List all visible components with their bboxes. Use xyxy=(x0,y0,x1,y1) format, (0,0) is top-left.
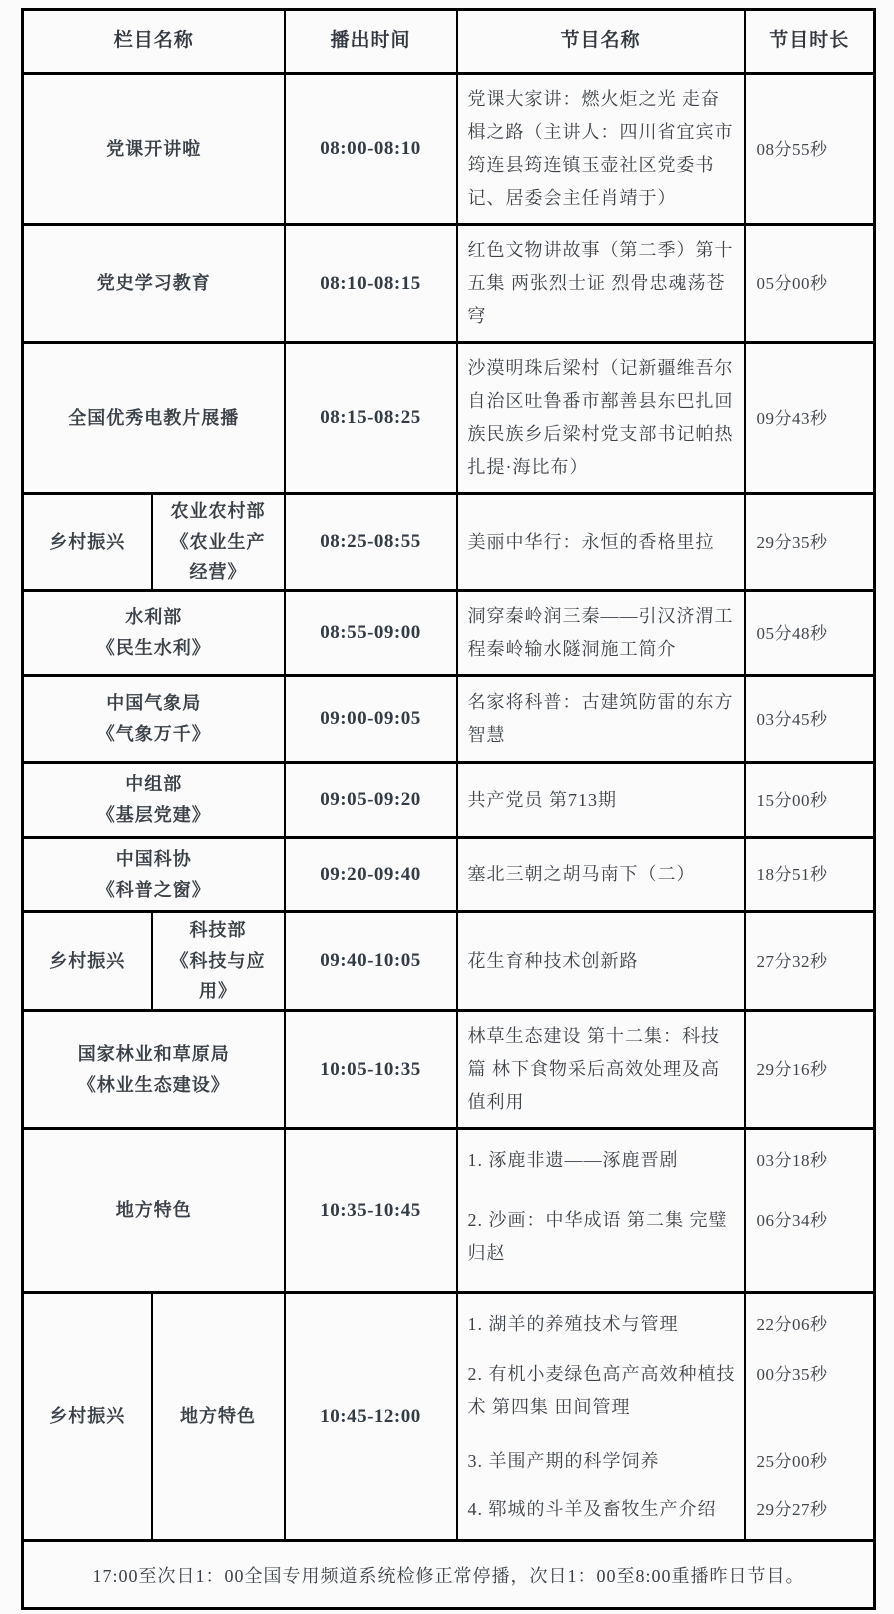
footer-note: 17:00至次日1：00全国专用频道系统检修正常停播，次日1：00至8:00重播… xyxy=(23,1541,875,1609)
header-program-duration: 节目时长 xyxy=(745,10,875,74)
program-item: 1. 湖羊的养殖技术与管理 xyxy=(468,1308,736,1341)
table-row: 党课开讲啦 08:00-08:10 党课大家讲：燃火炬之光 走奋楫之路（主讲人：… xyxy=(23,74,875,225)
duration-cell: 22分06秒 00分35秒 25分00秒 29分27秒 xyxy=(745,1293,875,1541)
table-row: 中国气象局 《气象万千》 09:00-09:05 名家将科普：古建筑防雷的东方智… xyxy=(23,676,875,763)
category-cell: 中国气象局 《气象万千》 xyxy=(23,676,285,763)
subcategory-cell: 科技部 《科技与应 用》 xyxy=(152,912,285,1011)
program-item: 2. 有机小麦绿色高产高效种植技术 第四集 田间管理 xyxy=(468,1358,736,1424)
table-row: 中组部 《基层党建》 09:05-09:20 共产党员 第713期 15分00秒 xyxy=(23,763,875,838)
time-cell: 08:15-08:25 xyxy=(285,343,457,494)
subcategory-cell: 地方特色 xyxy=(152,1293,285,1541)
duration-item: 25分00秒 xyxy=(757,1445,870,1478)
category-cell: 乡村振兴 xyxy=(23,494,152,591)
duration-item: 29分27秒 xyxy=(757,1493,870,1526)
duration-cell: 15分00秒 xyxy=(745,763,875,838)
program-cell: 红色文物讲故事（第二季）第十五集 两张烈士证 烈骨忠魂荡苍穹 xyxy=(457,225,745,343)
duration-cell: 27分32秒 xyxy=(745,912,875,1011)
duration-cell: 03分18秒 06分34秒 xyxy=(745,1129,875,1293)
program-item: 3. 羊围产期的科学饲养 xyxy=(468,1445,736,1478)
category-cell: 乡村振兴 xyxy=(23,912,152,1011)
category-cell: 党史学习教育 xyxy=(23,225,285,343)
header-row: 栏目名称 播出时间 节目名称 节目时长 xyxy=(23,10,875,74)
table-row: 乡村振兴 农业农村部 《农业生产 经营》 08:25-08:55 美丽中华行：永… xyxy=(23,494,875,591)
table-row: 水利部 《民生水利》 08:55-09:00 洞穿秦岭润三秦——引汉济渭工程秦岭… xyxy=(23,591,875,676)
program-cell: 林草生态建设 第十二集：科技篇 林下食物采后高效处理及高值利用 xyxy=(457,1011,745,1129)
duration-cell: 05分00秒 xyxy=(745,225,875,343)
duration-cell: 05分48秒 xyxy=(745,591,875,676)
duration-item: 03分18秒 xyxy=(757,1144,870,1177)
program-cell: 沙漠明珠后梁村（记新疆维吾尔自治区吐鲁番市鄯善县东巴扎回族民族乡后梁村党支部书记… xyxy=(457,343,745,494)
table-row: 党史学习教育 08:10-08:15 红色文物讲故事（第二季）第十五集 两张烈士… xyxy=(23,225,875,343)
header-broadcast-time: 播出时间 xyxy=(285,10,457,74)
table-row: 乡村振兴 科技部 《科技与应 用》 09:40-10:05 花生育种技术创新路 … xyxy=(23,912,875,1011)
category-cell: 中组部 《基层党建》 xyxy=(23,763,285,838)
time-cell: 08:10-08:15 xyxy=(285,225,457,343)
program-item: 2. 沙画：中华成语 第二集 完璧归赵 xyxy=(468,1204,736,1270)
program-cell: 党课大家讲：燃火炬之光 走奋楫之路（主讲人：四川省宜宾市筠连县筠连镇玉壶社区党委… xyxy=(457,74,745,225)
time-cell: 09:20-09:40 xyxy=(285,838,457,912)
duration-cell: 03分45秒 xyxy=(745,676,875,763)
duration-item: 22分06秒 xyxy=(757,1308,870,1341)
subcategory-cell: 农业农村部 《农业生产 经营》 xyxy=(152,494,285,591)
time-cell: 10:05-10:35 xyxy=(285,1011,457,1129)
time-cell: 09:05-09:20 xyxy=(285,763,457,838)
program-cell: 花生育种技术创新路 xyxy=(457,912,745,1011)
program-cell: 洞穿秦岭润三秦——引汉济渭工程秦岭输水隧洞施工简介 xyxy=(457,591,745,676)
duration-item: 06分34秒 xyxy=(757,1204,870,1237)
program-item: 4. 郓城的斗羊及畜牧生产介绍 xyxy=(468,1493,736,1526)
category-cell: 国家林业和草原局 《林业生态建设》 xyxy=(23,1011,285,1129)
duration-item: 00分35秒 xyxy=(757,1358,870,1391)
table-row: 国家林业和草原局 《林业生态建设》 10:05-10:35 林草生态建设 第十二… xyxy=(23,1011,875,1129)
program-cell: 美丽中华行：永恒的香格里拉 xyxy=(457,494,745,591)
program-cell: 1. 涿鹿非遗——涿鹿晋剧 2. 沙画：中华成语 第二集 完璧归赵 xyxy=(457,1129,745,1293)
time-cell: 08:25-08:55 xyxy=(285,494,457,591)
program-cell: 1. 湖羊的养殖技术与管理 2. 有机小麦绿色高产高效种植技术 第四集 田间管理… xyxy=(457,1293,745,1541)
table-row: 中国科协 《科普之窗》 09:20-09:40 塞北三朝之胡马南下（二） 18分… xyxy=(23,838,875,912)
category-cell: 全国优秀电教片展播 xyxy=(23,343,285,494)
header-program-name: 节目名称 xyxy=(457,10,745,74)
program-cell: 名家将科普：古建筑防雷的东方智慧 xyxy=(457,676,745,763)
category-cell: 乡村振兴 xyxy=(23,1293,152,1541)
category-cell: 地方特色 xyxy=(23,1129,285,1293)
time-cell: 10:45-12:00 xyxy=(285,1293,457,1541)
category-cell: 党课开讲啦 xyxy=(23,74,285,225)
program-schedule-table: 栏目名称 播出时间 节目名称 节目时长 党课开讲啦 08:00-08:10 党课… xyxy=(21,8,876,1610)
header-column-name: 栏目名称 xyxy=(23,10,285,74)
duration-cell: 29分16秒 xyxy=(745,1011,875,1129)
time-cell: 10:35-10:45 xyxy=(285,1129,457,1293)
category-cell: 中国科协 《科普之窗》 xyxy=(23,838,285,912)
footer-row: 17:00至次日1：00全国专用频道系统检修正常停播，次日1：00至8:00重播… xyxy=(23,1541,875,1609)
program-cell: 共产党员 第713期 xyxy=(457,763,745,838)
duration-cell: 29分35秒 xyxy=(745,494,875,591)
duration-cell: 08分55秒 xyxy=(745,74,875,225)
program-item: 1. 涿鹿非遗——涿鹿晋剧 xyxy=(468,1144,736,1177)
time-cell: 08:00-08:10 xyxy=(285,74,457,225)
table-row: 乡村振兴 地方特色 10:45-12:00 1. 湖羊的养殖技术与管理 2. 有… xyxy=(23,1293,875,1541)
table-row: 地方特色 10:35-10:45 1. 涿鹿非遗——涿鹿晋剧 2. 沙画：中华成… xyxy=(23,1129,875,1293)
duration-cell: 18分51秒 xyxy=(745,838,875,912)
table-row: 全国优秀电教片展播 08:15-08:25 沙漠明珠后梁村（记新疆维吾尔自治区吐… xyxy=(23,343,875,494)
time-cell: 09:40-10:05 xyxy=(285,912,457,1011)
time-cell: 08:55-09:00 xyxy=(285,591,457,676)
program-cell: 塞北三朝之胡马南下（二） xyxy=(457,838,745,912)
category-cell: 水利部 《民生水利》 xyxy=(23,591,285,676)
time-cell: 09:00-09:05 xyxy=(285,676,457,763)
duration-cell: 09分43秒 xyxy=(745,343,875,494)
